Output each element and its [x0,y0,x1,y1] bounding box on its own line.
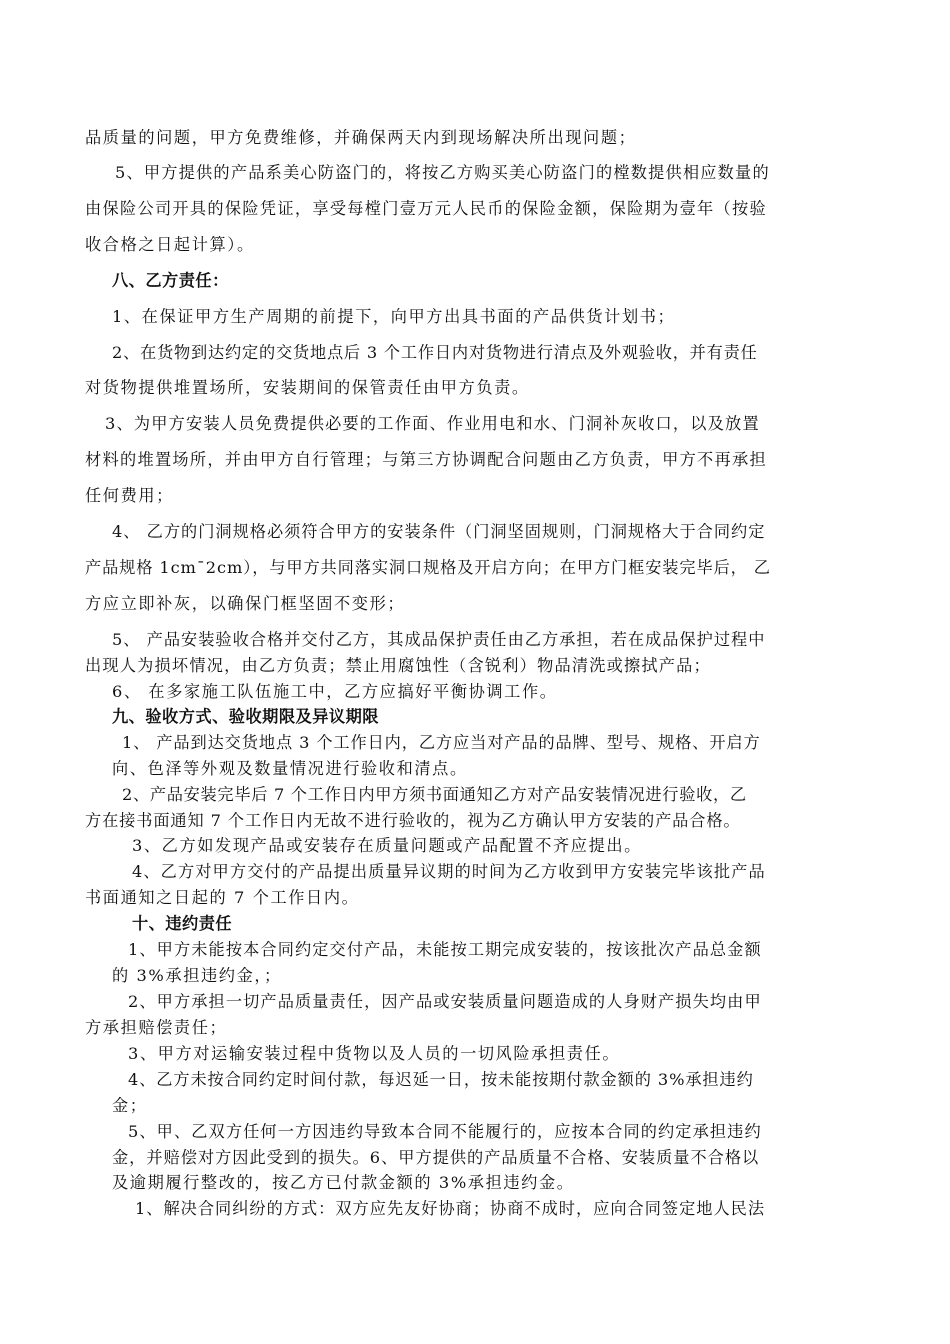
text-line: 4、乙方对甲方交付的产品提出质量异议期的时间为乙方收到甲方安装完毕该批产品 [132,862,882,882]
text-line: 6、 在多家施工队伍施工中，乙方应搞好平衡协调工作。 [112,682,862,702]
text-line: 4、乙方未按合同约定时间付款，每迟延一日，按未能按期付款金额的 3%承担违约 [128,1070,878,1090]
text-line: 书面通知之日起的 7 个工作日内。 [85,888,835,908]
text-line: 5、 产品安装验收合格并交付乙方，其成品保护责任由乙方承担，若在成品保护过程中 [112,630,862,650]
text-line: 由保险公司开具的保险凭证，享受每樘门壹万元人民币的保险金额，保险期为壹年（按验 [85,199,835,219]
text-line: 方在接书面通知 7 个工作日内无故不进行验收的，视为乙方确认甲方安装的产品合格。 [85,811,835,831]
text-line: 及逾期履行整改的，按乙方已付款金额的 3%承担违约金。 [112,1173,862,1193]
text-line: 3、为甲方安装人员免费提供必要的工作面、作业用电和水、门洞补灰收口，以及放置 [105,414,855,434]
text-line: 收合格之日起计算）。 [85,235,835,255]
text-line: 金； [112,1096,862,1116]
text-line: 1、在保证甲方生产周期的前提下，向甲方出具书面的产品供货计划书； [112,307,862,327]
text-line: 方应立即补灰，以确保门框坚固不变形； [85,594,835,614]
text-line: 出现人为损坏情况，由乙方负责；禁止用腐蚀性（含锐利）物品清洗或擦拭产品； [85,656,835,676]
text-line: 的 3%承担违约金，； [112,966,862,986]
text-line: 1、甲方未能按本合同约定交付产品，未能按工期完成安装的，按该批次产品总金额 [128,940,878,960]
text-line: 对货物提供堆置场所，安装期间的保管责任由甲方负责。 [85,378,835,398]
text-line: 任何费用； [85,486,835,506]
text-line: 材料的堆置场所，并由甲方自行管理；与第三方协调配合问题由乙方负责，甲方不再承担 [85,450,835,470]
text-line: 产品规格 1cm¯2cm），与甲方共同落实洞口规格及开启方向；在甲方门框安装完毕… [85,558,835,578]
text-line: 2、产品安装完毕后 7 个工作日内甲方须书面通知乙方对产品安装情况进行验收，乙 [122,785,872,805]
text-line: 4、 乙方的门洞规格必须符合甲方的安装条件（门洞坚固规则，门洞规格大于合同约定 [112,522,862,542]
document-page: 品质量的问题，甲方免费维修，并确保两天内到现场解决所出现问题； 5、甲方提供的产… [0,0,950,1344]
text-line: 方承担赔偿责任； [85,1018,835,1038]
text-line: 5、甲、乙双方任何一方因违约导致本合同不能履行的，应按本合同的约定承担违约 [128,1122,878,1142]
section-heading-9: 九、验收方式、验收期限及异议期限 [112,707,862,727]
text-line: 1、 产品到达交货地点 3 个工作日内，乙方应当对产品的品牌、型号、规格、开启方 [122,733,872,753]
text-line: 3、乙方如发现产品或安装存在质量问题或产品配置不齐应提出。 [132,836,882,856]
text-line: 品质量的问题，甲方免费维修，并确保两天内到现场解决所出现问题； [85,128,835,148]
section-heading-8: 八、乙方责任： [112,271,862,291]
text-line: 1、解决合同纠纷的方式：双方应先友好协商；协商不成时，应向合同签定地人民法 [135,1199,885,1219]
text-line: 向、色泽等外观及数量情况进行验收和清点。 [112,759,862,779]
text-line: 2、在货物到达约定的交货地点后 3 个工作日内对货物进行清点及外观验收，并有责任 [112,343,862,363]
text-line: 3、甲方对运输安装过程中货物以及人员的一切风险承担责任。 [128,1044,878,1064]
text-line: 5、甲方提供的产品系美心防盗门的，将按乙方购买美心防盗门的樘数提供相应数量的 [115,163,865,183]
section-heading-10: 十、违约责任 [132,914,882,934]
text-line: 2、甲方承担一切产品质量责任，因产品或安装质量问题造成的人身财产损失均由甲 [128,992,878,1012]
text-line: 金，并赔偿对方因此受到的损失。6、甲方提供的产品质量不合格、安装质量不合格以 [112,1148,862,1168]
